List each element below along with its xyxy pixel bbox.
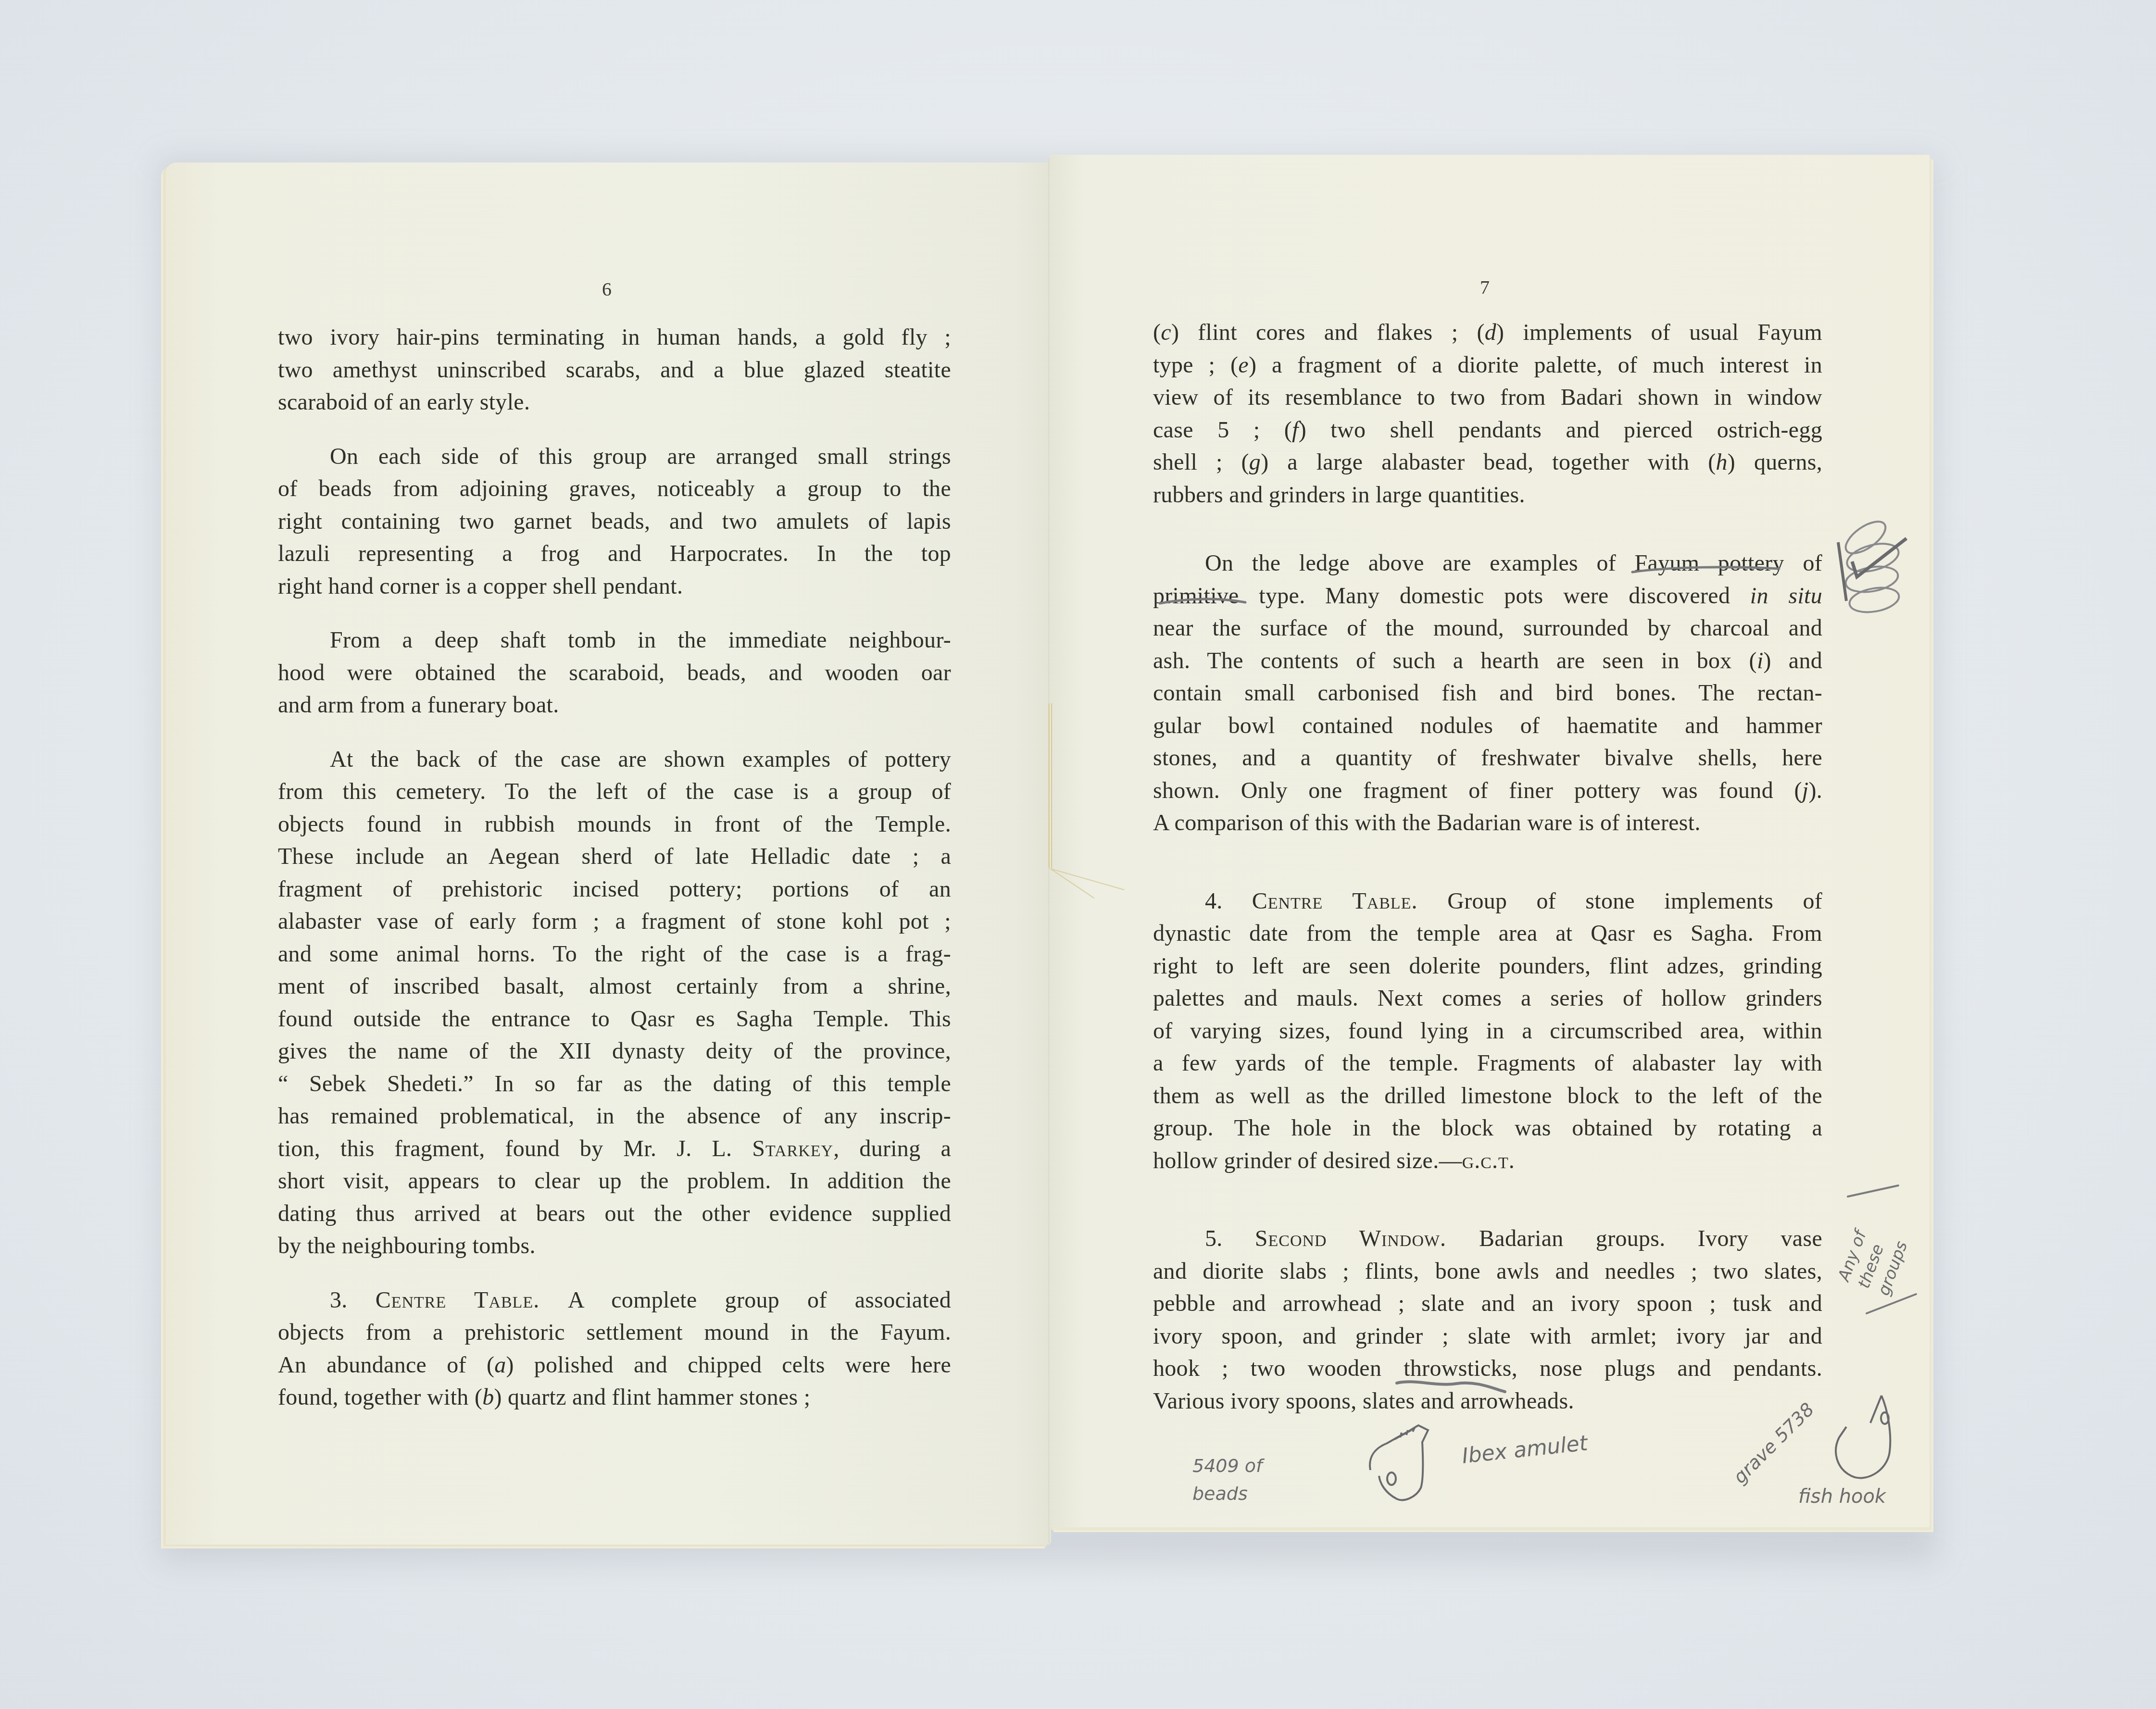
text-line: ash. The contents of such a hearth are s… [1153, 645, 1822, 677]
text-line: by the neighbouring tombs. [278, 1230, 951, 1262]
text-line: gular bowl contained nodules of haematit… [1153, 710, 1822, 742]
text-line: stones, and a quantity of freshwater biv… [1153, 742, 1822, 774]
text-line: palettes and mauls. Next comes a series … [1153, 982, 1822, 1015]
text-line: 3. Centre Table. A complete group of ass… [278, 1284, 951, 1317]
text-line: of varying sizes, found lying in a circu… [1153, 1015, 1822, 1048]
text-line: objects found in rubbish mounds in front… [278, 808, 951, 841]
text-line: ment of inscribed basalt, almost certain… [278, 970, 951, 1003]
paragraph: On each side of this group are arranged … [278, 440, 951, 603]
text-line: objects from a prehistoric settlement mo… [278, 1316, 951, 1349]
paragraph: 3. Centre Table. A complete group of ass… [278, 1284, 951, 1414]
text-line: dating thus arrived at bears out the oth… [278, 1198, 951, 1230]
text-line: a few yards of the temple. Fragments of … [1153, 1047, 1822, 1080]
text-line: case 5 ; (f) two shell pendants and pier… [1153, 414, 1822, 447]
text-line: right containing two garnet beads, and t… [278, 505, 951, 538]
text-line: found, together with (b) quartz and flin… [278, 1381, 951, 1414]
text-line: On each side of this group are arranged … [278, 440, 951, 473]
text-line: near the surface of the mound, surrounde… [1153, 612, 1822, 645]
text-line: From a deep shaft tomb in the immediate … [278, 624, 951, 657]
section-number: 3. [330, 1287, 376, 1313]
section-number: 5. [1205, 1226, 1255, 1251]
text-line: ivory spoon, and grinder ; slate with ar… [1153, 1320, 1822, 1353]
text-line: lazuli representing a frog and Harpocrat… [278, 537, 951, 570]
left-page-text: two ivory hair-pins terminating in human… [278, 321, 951, 1414]
text-line: hood were obtained the scaraboid, beads,… [278, 657, 951, 689]
text-line: rubbers and grinders in large quantities… [1153, 479, 1822, 511]
text-line: from this cemetery. To the left of the c… [278, 775, 951, 808]
text-line: of beads from adjoining graves, noticeab… [278, 473, 951, 505]
text-line: “ Sebek Shedeti.” In so far as the datin… [278, 1068, 951, 1100]
text-line: right hand corner is a copper shell pend… [278, 570, 951, 603]
binding-thread [1049, 703, 1052, 869]
text-line: primitive type. Many domestic pots were … [1153, 580, 1822, 612]
section-title: Second Window. [1255, 1226, 1479, 1251]
text-line: shown. Only one fragment of finer potter… [1153, 774, 1822, 807]
text-line: tion, this fragment, found by Mr. J. L. … [278, 1133, 951, 1165]
text-line: 4. Centre Table. Group of stone implemen… [1153, 885, 1822, 918]
text-line: view of its resemblance to two from Bada… [1153, 381, 1822, 414]
text-line: and some animal horns. To the right of t… [278, 938, 951, 971]
text-line: found outside the entrance to Qasr es Sa… [278, 1003, 951, 1035]
text-line: scaraboid of an early style. [278, 386, 951, 419]
section-number: 4. [1205, 888, 1252, 914]
page-number-right: 7 [1480, 276, 1490, 299]
text-line: shell ; (g) a large alabaster bead, toge… [1153, 446, 1822, 479]
text-line: two ivory hair-pins terminating in human… [278, 321, 951, 354]
section-title: Centre Table. [1252, 888, 1448, 914]
text-line: hollow grinder of desired size.—g.c.t. [1153, 1145, 1822, 1177]
text-line: At the back of the case are shown exampl… [278, 743, 951, 776]
paragraph: two ivory hair-pins terminating in human… [278, 321, 951, 419]
text-line: gives the name of the XII dynasty deity … [278, 1035, 951, 1068]
text-line: pebble and arrowhead ; slate and an ivor… [1153, 1287, 1822, 1320]
text-line: two amethyst uninscribed scarabs, and a … [278, 354, 951, 387]
text-line: contain small carbonised fish and bird b… [1153, 677, 1822, 710]
text-line: short visit, appears to clear up the pro… [278, 1165, 951, 1198]
paragraph: On the ledge above are examples of Fayum… [1153, 547, 1822, 839]
text-line: dynastic date from the temple area at Qa… [1153, 917, 1822, 950]
text-line: An abundance of (a) polished and chipped… [278, 1349, 951, 1382]
paragraph: 5. Second Window. Badarian groups. Ivory… [1153, 1222, 1822, 1417]
text-line: and arm from a funerary boat. [278, 689, 951, 722]
paragraph: 4. Centre Table. Group of stone implemen… [1153, 885, 1822, 1177]
fish-hook-note: fish hook [1798, 1485, 1886, 1508]
paragraph: (c) flint cores and flakes ; (d) impleme… [1153, 316, 1822, 511]
page-number-left: 6 [602, 278, 612, 300]
text-line: (c) flint cores and flakes ; (d) impleme… [1153, 316, 1822, 349]
text-line: Various ivory spoons, slates and arrowhe… [1153, 1385, 1822, 1418]
text-line: and diorite slabs ; flints, bone awls an… [1153, 1255, 1822, 1288]
text-line: type ; (e) a fragment of a diorite palet… [1153, 349, 1822, 382]
bead-number-note: 5409 of beads [1192, 1452, 1265, 1508]
text-line: has remained problematical, in the absen… [278, 1100, 951, 1133]
paragraph: From a deep shaft tomb in the immediate … [278, 624, 951, 722]
text-line: right to left are seen dolerite pounders… [1153, 950, 1822, 983]
text-line: them as well as the drilled limestone bl… [1153, 1080, 1822, 1112]
text-line: A comparison of this with the Badarian w… [1153, 807, 1822, 839]
text-line: alabaster vase of early form ; a fragmen… [278, 905, 951, 938]
section-title: Centre Table. [376, 1287, 568, 1313]
text-line: 5. Second Window. Badarian groups. Ivory… [1153, 1222, 1822, 1255]
text-line: On the ledge above are examples of Fayum… [1153, 547, 1822, 580]
right-page-text: (c) flint cores and flakes ; (d) impleme… [1153, 316, 1822, 1417]
text-line: fragment of prehistoric incised pottery;… [278, 873, 951, 906]
text-line: hook ; two wooden throwsticks, nose plug… [1153, 1352, 1822, 1385]
text-line: These include an Aegean sherd of late He… [278, 840, 951, 873]
text-line: group. The hole in the block was obtaine… [1153, 1112, 1822, 1145]
paragraph: At the back of the case are shown exampl… [278, 743, 951, 1262]
